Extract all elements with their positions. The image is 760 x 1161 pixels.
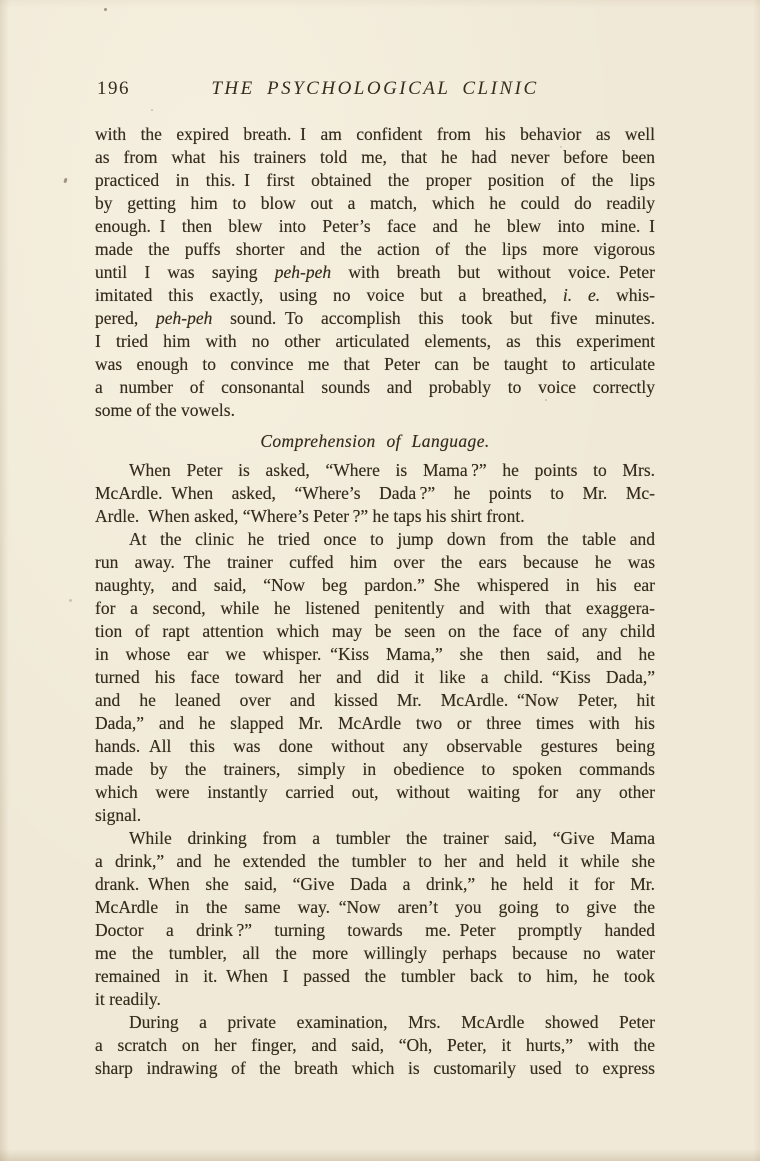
text-segment: practiced in this. I first obtained the … (95, 170, 655, 190)
text-segment: signal. (95, 805, 141, 825)
text-line: enough. I then blew into Peter’s face an… (95, 215, 655, 238)
text-segment: remained in it. When I passed the tumble… (95, 966, 655, 986)
text-line: with the expired breath. I am confident … (95, 123, 655, 146)
italic-text-segment: peh-peh (275, 262, 331, 282)
page-header: 196 THE PSYCHOLOGICAL CLINIC (95, 78, 655, 101)
text-line: drank. When she said, “Give Dada a drink… (95, 873, 655, 896)
text-segment: I tried him with no other articulated el… (95, 331, 655, 351)
text-segment: During a private examination, Mrs. McArd… (129, 1012, 655, 1032)
text-line: a drink,” and he extended the tumbler to… (95, 850, 655, 873)
text-line: turned his face toward her and did it li… (95, 666, 655, 689)
text-segment: some of the vowels. (95, 400, 235, 420)
text-segment: until I was saying (95, 262, 275, 282)
text-segment: McArdle. When asked, “Where’s Dada ?” he… (95, 483, 655, 503)
text-line: naughty, and said, “Now beg pardon.” She… (95, 574, 655, 597)
text-line: some of the vowels. (95, 399, 655, 422)
text-line: During a private examination, Mrs. McArd… (95, 1011, 655, 1034)
text-segment: with breath but without voice. Peter (331, 262, 655, 282)
text-line: me the tumbler, all the more willingly p… (95, 942, 655, 965)
text-line: McArdle in the same way. “Now aren’t you… (95, 896, 655, 919)
scan-speck (69, 599, 72, 602)
text-line: made by the trainers, simply in obedienc… (95, 758, 655, 781)
text-line: At the clinic he tried once to jump down… (95, 528, 655, 551)
text-line: imitated this exactly, using no voice bu… (95, 284, 655, 307)
text-segment: by getting him to blow out a match, whic… (95, 193, 655, 213)
text-segment: a drink,” and he extended the tumbler to… (95, 851, 655, 871)
running-title: THE PSYCHOLOGICAL CLINIC (95, 78, 655, 100)
text-segment: me the tumbler, all the more willingly p… (95, 943, 655, 963)
text-line: which were instantly carried out, withou… (95, 781, 655, 804)
text-segment: made the puffs shorter and the action of… (95, 239, 655, 259)
text-line: When Peter is asked, “Where is Mama ?” h… (95, 459, 655, 482)
section-heading: Comprehension of Language. (95, 430, 655, 453)
page-body: with the expired breath. I am confident … (95, 123, 655, 1080)
text-segment: imitated this exactly, using no voice bu… (95, 285, 563, 305)
text-line: Ardle. When asked, “Where’s Peter ?” he … (95, 505, 655, 528)
text-segment: made by the trainers, simply in obedienc… (95, 759, 655, 779)
paragraph: While drinking from a tumbler the traine… (95, 827, 655, 1011)
text-line: Dada,” and he slapped Mr. McArdle two or… (95, 712, 655, 735)
text-segment: sharp indrawing of the breath which is c… (95, 1058, 655, 1078)
scan-speck (151, 109, 153, 111)
text-line: as from what his trainers told me, that … (95, 146, 655, 169)
text-segment: Ardle. When asked, “Where’s Peter ?” he … (95, 506, 525, 526)
text-segment: enough. I then blew into Peter’s face an… (95, 216, 655, 236)
text-segment: At the clinic he tried once to jump down… (129, 529, 655, 549)
text-segment: with the expired breath. I am confident … (95, 124, 655, 144)
text-segment: sound. To accomplish this took but five … (212, 308, 655, 328)
text-line: pered, peh-peh sound. To accomplish this… (95, 307, 655, 330)
text-line: for a second, while he listened penitent… (95, 597, 655, 620)
text-line: While drinking from a tumbler the traine… (95, 827, 655, 850)
text-segment: it readily. (95, 989, 161, 1009)
text-line: made the puffs shorter and the action of… (95, 238, 655, 261)
text-line: run away. The trainer cuffed him over th… (95, 551, 655, 574)
text-segment: Dada,” and he slapped Mr. McArdle two or… (95, 713, 655, 733)
text-segment: McArdle in the same way. “Now aren’t you… (95, 897, 655, 917)
text-line: sharp indrawing of the breath which is c… (95, 1057, 655, 1080)
text-line: it readily. (95, 988, 655, 1011)
scan-speck (63, 178, 67, 184)
text-segment: run away. The trainer cuffed him over th… (95, 552, 655, 572)
text-line: in whose ear we whisper. “Kiss Mama,” sh… (95, 643, 655, 666)
text-line: a scratch on her finger, and said, “Oh, … (95, 1034, 655, 1057)
page-number: 196 (97, 78, 130, 100)
paragraph: When Peter is asked, “Where is Mama ?” h… (95, 459, 655, 528)
text-segment: for a second, while he listened penitent… (95, 598, 655, 618)
text-segment: and he leaned over and kissed Mr. McArdl… (95, 690, 655, 710)
paragraph: with the expired breath. I am confident … (95, 123, 655, 422)
italic-text-segment: i. e. (563, 285, 600, 305)
text-line: remained in it. When I passed the tumble… (95, 965, 655, 988)
text-segment: which were instantly carried out, withou… (95, 782, 655, 802)
text-segment: turned his face toward her and did it li… (95, 667, 655, 687)
text-segment: as from what his trainers told me, that … (95, 147, 655, 167)
text-segment: When Peter is asked, “Where is Mama ?” h… (129, 460, 655, 480)
text-line: until I was saying peh-peh with breath b… (95, 261, 655, 284)
paragraph: At the clinic he tried once to jump down… (95, 528, 655, 827)
text-line: hands. All this was done without any obs… (95, 735, 655, 758)
italic-text-segment: peh-peh (156, 308, 212, 328)
text-segment: a number of consonantal sounds and proba… (95, 377, 655, 397)
scan-speck (545, 399, 547, 401)
text-segment: hands. All this was done without any obs… (95, 736, 655, 756)
scan-speck (560, 146, 562, 148)
text-line: I tried him with no other articulated el… (95, 330, 655, 353)
text-line: by getting him to blow out a match, whic… (95, 192, 655, 215)
text-segment: tion of rapt attention which may be seen… (95, 621, 655, 641)
text-segment: drank. When she said, “Give Dada a drink… (95, 874, 655, 894)
text-segment: While drinking from a tumbler the traine… (129, 828, 655, 848)
text-segment: naughty, and said, “Now beg pardon.” She… (95, 575, 655, 595)
text-line: a number of consonantal sounds and proba… (95, 376, 655, 399)
scan-speck (104, 8, 107, 11)
text-segment: pered, (95, 308, 156, 328)
text-segment: Doctor a drink ?” turning towards me. Pe… (95, 920, 655, 940)
text-line: and he leaned over and kissed Mr. McArdl… (95, 689, 655, 712)
paragraph: During a private examination, Mrs. McArd… (95, 1011, 655, 1080)
text-segment: whis- (600, 285, 655, 305)
text-segment: was enough to convince me that Peter can… (95, 354, 655, 374)
text-line: signal. (95, 804, 655, 827)
text-line: practiced in this. I first obtained the … (95, 169, 655, 192)
book-page: 196 THE PSYCHOLOGICAL CLINIC with the ex… (0, 0, 760, 1161)
text-segment: a scratch on her finger, and said, “Oh, … (95, 1035, 655, 1055)
text-segment: in whose ear we whisper. “Kiss Mama,” sh… (95, 644, 655, 664)
text-line: was enough to convince me that Peter can… (95, 353, 655, 376)
text-line: Doctor a drink ?” turning towards me. Pe… (95, 919, 655, 942)
text-line: tion of rapt attention which may be seen… (95, 620, 655, 643)
text-line: McArdle. When asked, “Where’s Dada ?” he… (95, 482, 655, 505)
